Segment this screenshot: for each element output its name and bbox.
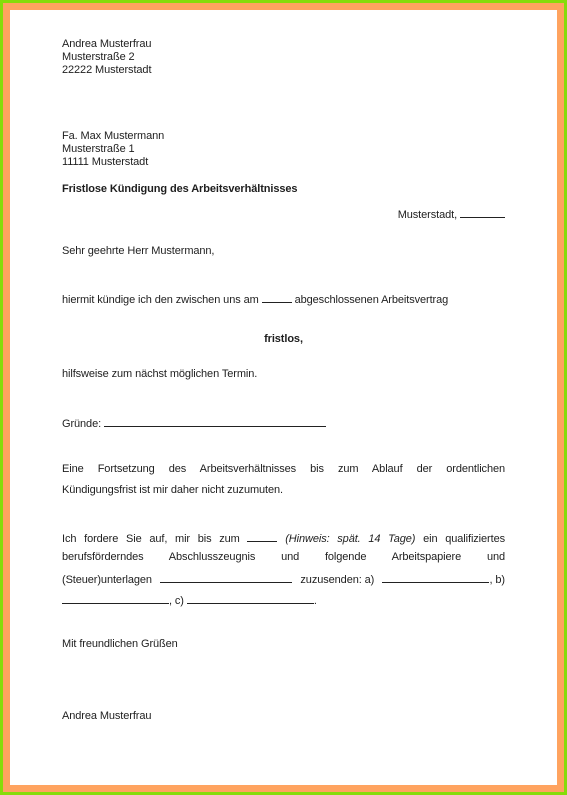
signature-name: Andrea Musterfrau [62,710,151,723]
recipient-company: Fa. Max Mustermann [62,130,164,143]
item-c-label: , c) [169,595,184,607]
termination-text-after: abgeschlossenen Arbeitsvertrag [295,294,449,306]
date-place: Musterstadt, [398,209,457,221]
recipient-street: Musterstraße 1 [62,143,135,156]
date-line: Musterstadt, [398,207,505,222]
contract-date-blank[interactable] [262,292,292,303]
item-a-blank[interactable] [382,572,489,583]
subject-line: Fristlose Kündigung des Arbeitsverhältni… [62,183,297,196]
request-line-3: (Steuer)unterlagen zuzusenden: a) , b) [62,572,505,587]
request-text-before: Ich fordere Sie auf, mir bis zum [62,533,240,545]
deadline-hint: (Hinweis: spät. 14 Tage) [285,533,415,545]
documents-blank[interactable] [160,572,292,583]
termination-text-before: hiermit kündige ich den zwischen uns am [62,294,259,306]
recipient-city: 11111 Musterstadt [62,156,148,169]
termination-sentence: hiermit kündige ich den zwischen uns am … [62,292,448,307]
item-c-blank[interactable] [187,593,314,604]
request-line-4: , c) . [62,593,317,608]
final-period: . [314,595,317,607]
deadline-blank[interactable] [247,531,277,542]
item-b-blank[interactable] [62,593,169,604]
sender-street: Musterstraße 2 [62,51,135,64]
request-text-after: ein qualifiziertes [423,533,505,545]
sender-name: Andrea Musterfrau [62,38,151,51]
alternative-termination: hilfsweise zum nächst möglichen Termin. [62,368,257,381]
sender-city: 22222 Musterstadt [62,64,151,77]
date-blank[interactable] [460,207,505,218]
continuation-line-2: Kündigungsfrist ist mir daher nicht zuzu… [62,484,283,497]
continuation-line-1: Eine Fortsetzung des Arbeitsverhältnisse… [62,463,505,476]
documents-label: (Steuer)unterlagen [62,574,152,587]
request-line-1: Ich fordere Sie auf, mir bis zum (Hinwei… [62,531,505,546]
reasons-label: Gründe: [62,418,101,430]
closing: Mit freundlichen Grüßen [62,638,178,651]
request-line-2: berufsförderndes Abschlusszeugnis und fo… [62,551,505,564]
item-a-label: zuzusenden: a) [300,574,374,587]
letter-page [10,10,557,785]
reasons-blank[interactable] [104,416,326,427]
fristlos-heading: fristlos, [62,333,505,346]
item-b-label: , b) [489,574,505,586]
salutation: Sehr geehrte Herr Mustermann, [62,245,214,258]
reasons-line: Gründe: [62,416,326,431]
